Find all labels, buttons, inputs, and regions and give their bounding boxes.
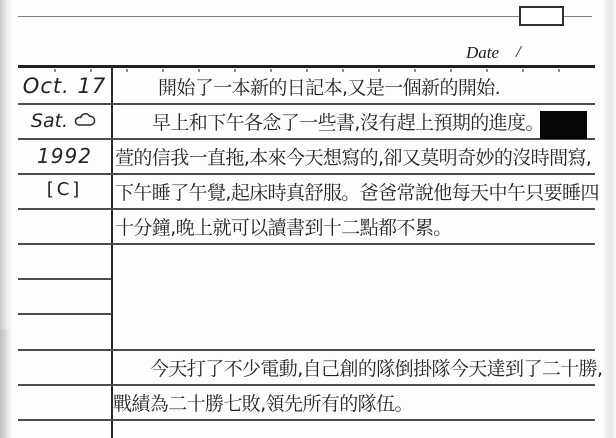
scanned-diary-page: Date / Oct. 17 Sat. 1992 [C] 開始了一本新的日記本,… bbox=[0, 0, 616, 438]
margin-year: 1992 bbox=[18, 144, 111, 168]
page-edge-shadow-right bbox=[602, 0, 616, 438]
row-line bbox=[18, 349, 595, 351]
entry-line: 十分鐘,晚上就可以讀書到十二點都不累。 bbox=[115, 213, 452, 243]
entry-line: 開始了一本新的日記本,又是一個新的開始. bbox=[158, 73, 500, 103]
column-divider-line bbox=[111, 65, 113, 438]
row-line bbox=[18, 419, 595, 421]
row-line bbox=[18, 138, 595, 140]
margin-tag: [C] bbox=[18, 179, 111, 200]
entry-line: 早上和下午各念了一些書,沒有趕上預期的進度。 bbox=[152, 108, 544, 138]
top-rule-line bbox=[18, 16, 592, 17]
date-slash: / bbox=[516, 42, 521, 62]
table-top-border bbox=[18, 65, 595, 68]
row-line bbox=[18, 173, 595, 175]
row-line bbox=[18, 384, 595, 386]
date-label: Date bbox=[466, 43, 499, 63]
row-line bbox=[18, 243, 595, 245]
page-edge-shadow-left-bottom bbox=[0, 330, 10, 438]
entry-line: 下午睡了午覺,起床時真舒服。爸爸常說他每天中午只要睡四 bbox=[115, 178, 599, 208]
margin-weekday: Sat. bbox=[18, 109, 111, 133]
entry-line: 戰績為二十勝七敗,領先所有的隊伍。 bbox=[113, 389, 413, 419]
entry-line: 萱的信我一直拖,本來今天想寫的,卻又莫明奇妙的沒時間寫, bbox=[115, 143, 591, 173]
row-line-left-column bbox=[18, 313, 111, 315]
margin-date: Oct. 17 bbox=[18, 74, 111, 98]
weekday-label: Sat. bbox=[31, 110, 68, 132]
row-line-left-column bbox=[18, 278, 111, 280]
ruler-ticks bbox=[20, 69, 594, 72]
cloud-weather-icon bbox=[73, 111, 98, 133]
binder-tab-box bbox=[519, 6, 564, 26]
redaction-box bbox=[540, 111, 587, 139]
row-line bbox=[18, 208, 595, 210]
row-line bbox=[18, 103, 595, 105]
entry-line: 今天打了不少電動,自己創的隊倒掛隊今天達到了二十勝, bbox=[150, 354, 602, 384]
